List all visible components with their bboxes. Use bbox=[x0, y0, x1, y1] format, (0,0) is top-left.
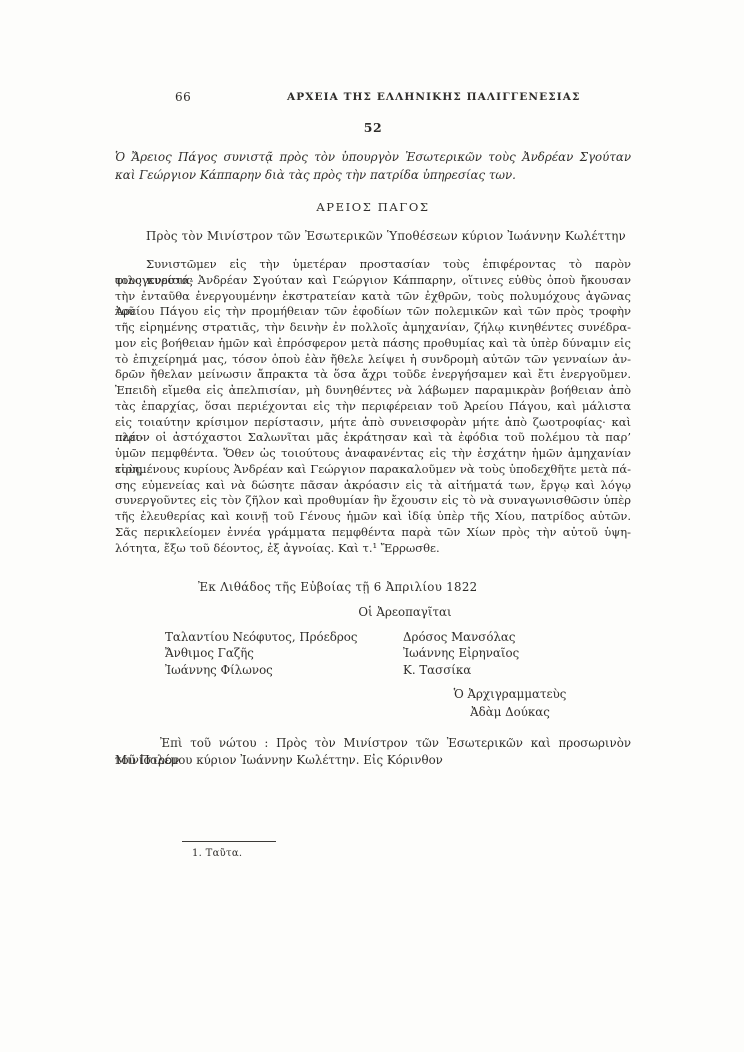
body-line: εἰς τοιαύτην κρίσιμον περίστασιν, μήτε ἀ… bbox=[115, 415, 631, 431]
signatory-name: Ταλαντίου Νεόφυτος, Πρόεδρος bbox=[165, 629, 400, 645]
signatory-name: Ἄνθιμος Γαζῆς bbox=[165, 645, 400, 661]
secretary-title: Ὁ Ἀρχιγραμματεὺς bbox=[400, 686, 620, 704]
verso-note: Ἐπὶ τοῦ νώτου : Πρὸς τὸν Μινίστρον τῶν Ἐ… bbox=[115, 735, 631, 768]
signatory-name: Ἰωάννης Φίλωνος bbox=[165, 662, 400, 678]
body-line: ὑμῶν πεμφθέντα. Ὅθεν ὡς τοιούτους ἀναφαν… bbox=[115, 446, 631, 462]
signatory-name: Ἰωάννης Εἰρηναῖος bbox=[403, 645, 613, 661]
body-line: πλέον οἱ ἀστόχαστοι Σαλωνῖται μᾶς ἐκράτη… bbox=[115, 430, 631, 446]
body-paragraph: Συνιστῶμεν εἰς τὴν ὑμετέραν προστασίαν τ… bbox=[115, 257, 631, 556]
body-line: Ἐπειδὴ εἴμεθα εἰς ἀπελπισίαν, μὴ δυνηθέν… bbox=[115, 383, 631, 399]
body-line: δρῶν ἤθελαν μείνωσιν ἄπρακτα τὰ ὅσα ἄχρι… bbox=[115, 367, 631, 383]
signatory-name: Δρόσος Μανσόλας bbox=[403, 629, 613, 645]
body-line: τους κυρίους Ἀνδρέαν Σγούταν καὶ Γεώργιο… bbox=[115, 273, 631, 289]
section-title: ΑΡΕΙΟΣ ΠΑΓΟΣ bbox=[115, 200, 631, 214]
page-number: 66 bbox=[175, 90, 191, 104]
footnote-divider bbox=[182, 841, 276, 842]
addressee-line: Πρὸς τὸν Μινίστρον τῶν Ἐσωτερικῶν Ὑποθέσ… bbox=[146, 229, 626, 243]
signatories-heading: Οἱ Ἀρεοπαγῖται bbox=[147, 605, 663, 619]
body-line: εἰρημένους κυρίους Ἀνδρέαν καὶ Γεώργιον … bbox=[115, 462, 631, 478]
body-line: τῆς εἰρημένης στρατιᾶς, τὴν δεινὴν ἐν πο… bbox=[115, 320, 631, 336]
verso-note-line: τοῦ Πολέμου κύριον Ἰωάννην Κωλέττην. Εἰς… bbox=[115, 752, 631, 769]
body-line: τὴν ἐνταῦθα ἐνεργουμένην ἐκστρατείαν κατ… bbox=[115, 289, 631, 305]
summary-line: Ὁ Ἄρειος Πάγος συνιστᾷ πρὸς τὸν ὑπουργὸν… bbox=[115, 149, 631, 167]
body-line: Συνιστῶμεν εἰς τὴν ὑμετέραν προστασίαν τ… bbox=[115, 257, 631, 273]
signature-column-right: Δρόσος Μανσόλας Ἰωάννης Εἰρηναῖος Κ. Τασ… bbox=[403, 629, 613, 678]
body-line: τῆς ἐλευθερίας καὶ κοινῇ τοῦ Γένους ἡμῶν… bbox=[115, 509, 631, 525]
body-line: μον εἰς βοήθειαν ἡμῶν καὶ ἐπρόσφερον μετ… bbox=[115, 336, 631, 352]
document-number: 52 bbox=[115, 120, 631, 135]
body-line: τὰς ἐπαρχίας, ὅσαι περιέχονται εἰς τὴν π… bbox=[115, 399, 631, 415]
body-line: Ἀρείου Πάγου εἰς τὴν προμήθειαν τῶν ἐφοδ… bbox=[115, 304, 631, 320]
body-line: σης εὐμενείας καὶ νὰ δώσητε πᾶσαν ἀκρόασ… bbox=[115, 478, 631, 494]
body-line: συνεργοῦντες εἰς τὸν ζῆλον καὶ προθυμίαν… bbox=[115, 493, 631, 509]
body-line: Σᾶς περικλείομεν ἐννέα γράμματα πεμφθέντ… bbox=[115, 525, 631, 541]
footnote-text: 1. Ταῦτα. bbox=[192, 848, 242, 859]
summary-line: καὶ Γεώργιον Κάππαρην διὰ τὰς πρὸς τὴν π… bbox=[115, 167, 631, 185]
body-line: τὸ ἐπιχείρημά μας, τόσον ὁποὺ ἐὰν ἤθελε … bbox=[115, 352, 631, 368]
running-title: ΑΡΧΕΙΑ ΤΗΣ ΕΛΛΗΝΙΚΗΣ ΠΑΛΙΓΓΕΝΕΣΙΑΣ bbox=[287, 91, 581, 103]
body-line: λότητα, ἔξω τοῦ δέοντος, ἐξ ἀγνοίας. Καὶ… bbox=[115, 541, 631, 557]
dateline: Ἐκ Λιθάδος τῆς Εὐβοίας τῇ 6 Ἀπριλίου 182… bbox=[198, 580, 477, 594]
signature-column-left: Ταλαντίου Νεόφυτος, Πρόεδρος Ἄνθιμος Γαζ… bbox=[165, 629, 400, 678]
signatory-name: Κ. Τασσίκα bbox=[403, 662, 613, 678]
secretary-name: Ἀδὰμ Δούκας bbox=[400, 704, 620, 722]
secretary-block: Ὁ Ἀρχιγραμματεὺς Ἀδὰμ Δούκας bbox=[400, 686, 620, 721]
verso-note-line: Ἐπὶ τοῦ νώτου : Πρὸς τὸν Μινίστρον τῶν Ἐ… bbox=[115, 735, 631, 752]
document-summary: Ὁ Ἄρειος Πάγος συνιστᾷ πρὸς τὸν ὑπουργὸν… bbox=[115, 149, 631, 184]
scanned-book-page: 66 ΑΡΧΕΙΑ ΤΗΣ ΕΛΛΗΝΙΚΗΣ ΠΑΛΙΓΓΕΝΕΣΙΑΣ 52… bbox=[0, 0, 744, 1052]
